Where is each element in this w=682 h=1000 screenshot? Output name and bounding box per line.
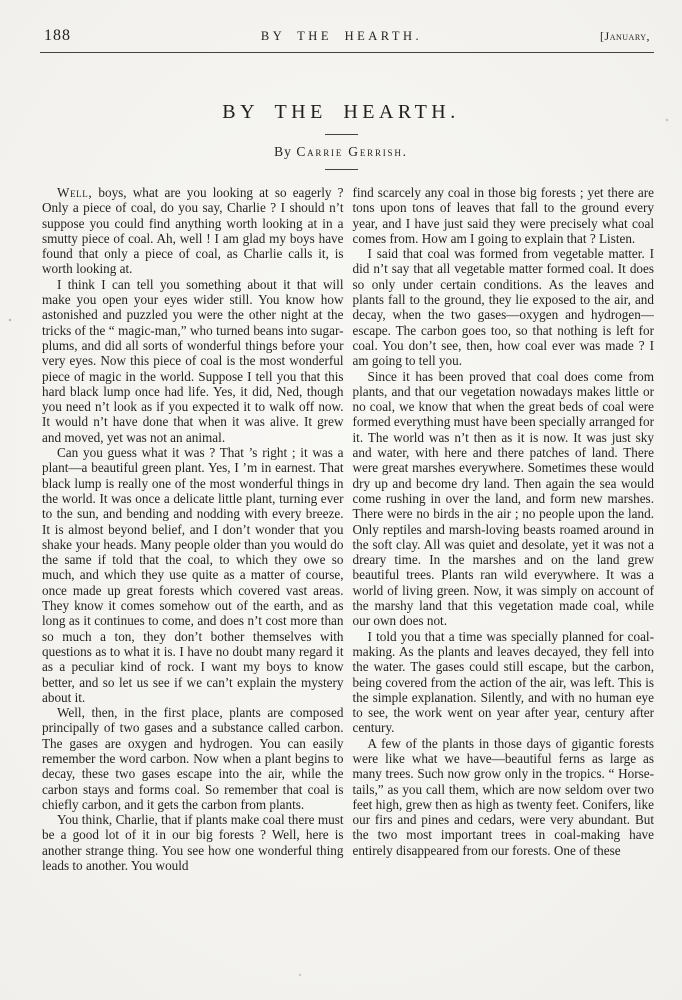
paragraph: I told you that a time was specially pla… [353,629,655,736]
title-divider-rule [325,134,358,135]
running-header: 188 BY THE HEARTH. [January, [40,0,654,53]
byline-author-name: Carrie Gerrish. [296,144,408,159]
article-body: Well, boys, what are you looking at so e… [42,185,654,873]
paragraph: I said that coal was formed from vegetab… [353,246,655,368]
column-right: find scarcely any coal in those big fore… [353,185,655,873]
column-left: Well, boys, what are you looking at so e… [42,185,344,873]
paragraph: You think, Charlie, that if plants make … [42,812,344,873]
paragraph: find scarcely any coal in those big fore… [353,185,655,246]
byline-prefix: By [274,144,292,159]
page-number: 188 [44,27,71,45]
byline-divider-rule [325,169,358,170]
lead-word: Well, [57,185,92,200]
byline: By Carrie Gerrish. [0,144,682,160]
scanned-page: 188 BY THE HEARTH. [January, BY THE HEAR… [0,0,682,1000]
paragraph: I think I can tell you something about i… [42,277,344,445]
paragraph: Well, boys, what are you looking at so e… [42,185,344,277]
running-title: BY THE HEARTH. [261,29,422,44]
paragraph: Can you guess what it was ? That ’s righ… [42,445,344,705]
paragraph: A few of the plants in those days of gig… [353,736,655,858]
article-title: BY THE HEARTH. [0,101,682,124]
paragraph: Since it has been proved that coal does … [353,369,655,629]
issue-date-label: [January, [600,29,650,44]
paragraph: Well, then, in the first place, plants a… [42,705,344,812]
